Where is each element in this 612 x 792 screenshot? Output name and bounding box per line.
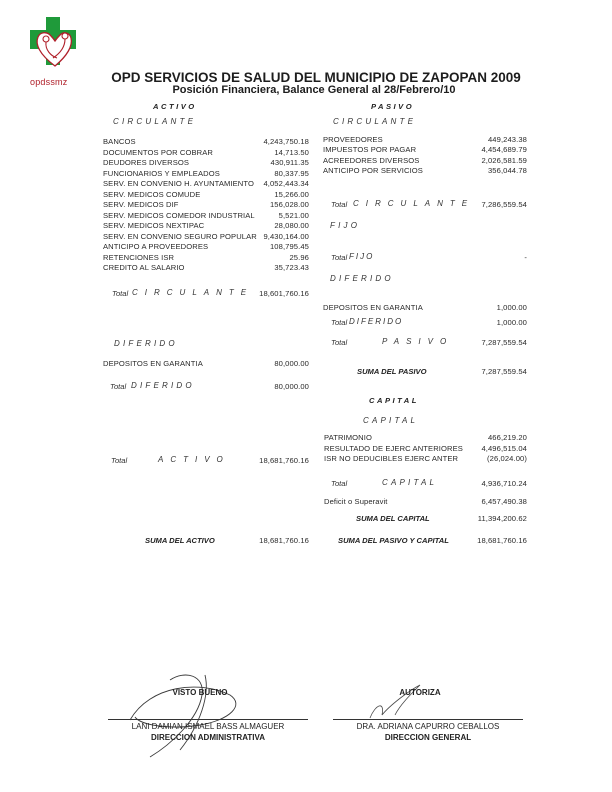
activo-diferido-heading: DIFERIDO (114, 339, 178, 348)
activo-circulante-row-value: 15,266.00 (274, 190, 309, 199)
pasivo-circulante-heading: CIRCULANTE (333, 117, 416, 126)
activo-heading: ACTIVO (153, 102, 197, 111)
activo-circulante-row-label: SERV. EN CONVENIO SEGURO POPULAR (103, 232, 257, 241)
activo-circulante-row-value: 35,723.43 (274, 263, 309, 272)
pasivo-circulante-row-value: 449,243.38 (488, 135, 527, 144)
activo-total-prefix: Total (111, 456, 127, 465)
activo-total-circulante-prefix: Total (112, 289, 128, 298)
activo-circulante-row-label: DOCUMENTOS POR COBRAR (103, 148, 213, 157)
pasivo-total-value: 7,287,559.54 (481, 338, 527, 347)
pasivo-total-fijo-label: FIJO (349, 252, 374, 261)
pasivo-total-prefix: Total (331, 338, 347, 347)
pasivo-circulante-row-value: 356,044.78 (488, 166, 527, 175)
signature-heading-left: VISTO BUENO (150, 688, 250, 697)
capital-row-value: 466,219.20 (488, 433, 527, 442)
suma-activo-value: 18,681,760.16 (259, 536, 309, 545)
activo-circulante-row-value: 28,080.00 (274, 221, 309, 230)
capital-row-value: (26,024.00) (487, 454, 527, 463)
signature-line-left (108, 719, 308, 720)
activo-circulante-row-label: RETENCIONES ISR (103, 253, 174, 262)
activo-circulante-heading: CIRCULANTE (113, 117, 196, 126)
capital-row-label: PATRIMONIO (324, 433, 372, 442)
pasivo-diferido-heading: DIFERIDO (330, 274, 394, 283)
activo-circulante-row-label: ANTICIPO A PROVEEDORES (103, 242, 208, 251)
activo-total-value: 18,681,760.16 (259, 456, 309, 465)
activo-circulante-row-label: SERV. MEDICOS COMUDE (103, 190, 200, 199)
capital-total-label: CAPITAL (382, 478, 437, 487)
activo-circulante-row-label: BANCOS (103, 137, 136, 146)
pasivo-total-diferido-label: DIFERIDO (349, 317, 403, 326)
pasivo-total-circulante-prefix: Total (331, 200, 347, 209)
activo-total-diferido-label: DIFERIDO (131, 381, 195, 390)
activo-circulante-row-value: 430,911.35 (271, 158, 309, 167)
activo-circulante-row-label: SERV. EN CONVENIO H. AYUNTAMIENTO (103, 179, 254, 188)
activo-circulante-row-value: 4,052,443.34 (263, 179, 309, 188)
pasivo-total-circulante-value: 7,286,559.54 (481, 200, 527, 209)
pasivo-diferido-item-label: DEPOSITOS EN GARANTIA (323, 303, 423, 312)
activo-circulante-row-value: 108,795.45 (270, 242, 309, 251)
pasivo-total-diferido-prefix: Total (331, 318, 347, 327)
activo-total-label: ACTIVO (158, 455, 230, 464)
suma-pasivo-label: SUMA DEL PASIVO (357, 367, 426, 376)
pasivo-heading: PASIVO (371, 102, 414, 111)
pasivo-circulante-row-label: ACREEDORES DIVERSOS (323, 156, 419, 165)
health-cross-logo-icon (25, 14, 85, 74)
pasivo-diferido-item-value: 1,000.00 (497, 303, 527, 312)
signature-role-left: DIRECCION ADMINISTRATIVA (108, 733, 308, 742)
activo-circulante-row-value: 14,713.50 (274, 148, 309, 157)
activo-diferido-item-value: 80,000.00 (274, 359, 309, 368)
activo-circulante-row-value: 9,430,164.00 (263, 232, 309, 241)
pasivo-total-diferido-value: 1,000.00 (497, 318, 527, 327)
activo-circulante-row-label: SERV. MEDICOS COMEDOR INDUSTRIAL (103, 211, 255, 220)
deficit-label: Deficit o Superavit (324, 497, 388, 506)
capital-row-label: RESULTADO DE EJERC ANTERIORES (324, 444, 463, 453)
signature-line-right (333, 719, 523, 720)
signature-name-right: DRA. ADRIANA CAPURRO CEBALLOS (333, 722, 523, 731)
suma-pasivo-value: 7,287,559.54 (481, 367, 527, 376)
suma-capital-label: SUMA DEL CAPITAL (356, 514, 430, 523)
pasivo-circulante-row-label: PROVEEDORES (323, 135, 383, 144)
activo-total-diferido-prefix: Total (110, 382, 126, 391)
suma-activo-label: SUMA DEL ACTIVO (145, 536, 215, 545)
signature-role-right: DIRECCION GENERAL (333, 733, 523, 742)
activo-circulante-row-label: CREDITO AL SALARIO (103, 263, 185, 272)
suma-capital-value: 11,394,200.62 (478, 514, 527, 523)
pasivo-total-fijo-prefix: Total (331, 253, 347, 262)
activo-total-circulante-label: CIRCULANTE (132, 288, 253, 297)
activo-circulante-row-label: SERV. MEDICOS DIF (103, 200, 179, 209)
document-subtitle: Posición Financiera, Balance General al … (8, 84, 612, 96)
activo-total-circulante-value: 18,601,760.16 (259, 289, 309, 298)
pasivo-total-label: PASIVO (382, 337, 453, 346)
pasivo-total-fijo-value: - (524, 253, 527, 262)
activo-circulante-row-value: 156,028.00 (270, 200, 309, 209)
activo-circulante-row-value: 25.96 (289, 253, 309, 262)
signature-scribble-icon (110, 665, 260, 765)
capital-total-value: 4,936,710.24 (481, 479, 527, 488)
activo-circulante-row-label: FUNCIONARIOS Y EMPLEADOS (103, 169, 220, 178)
deficit-value: 6,457,490.38 (481, 497, 527, 506)
capital-row-label: ISR NO DEDUCIBLES EJERC ANTER (324, 454, 458, 463)
activo-circulante-row-value: 5,521.00 (279, 211, 309, 220)
document-title: OPD SERVICIOS DE SALUD DEL MUNICIPIO DE … (10, 70, 612, 85)
pasivo-fijo-heading: FIJO (330, 221, 360, 230)
capital-row-value: 4,496,515.04 (481, 444, 527, 453)
capital-heading: CAPITAL (369, 396, 419, 405)
activo-circulante-row-value: 80,337.95 (274, 169, 309, 178)
pasivo-circulante-row-value: 2,026,581.59 (481, 156, 527, 165)
capital-total-prefix: Total (331, 479, 347, 488)
activo-circulante-row-value: 4,243,750.18 (263, 137, 309, 146)
signature-heading-right: AUTORIZA (370, 688, 470, 697)
activo-diferido-item-label: DEPOSITOS EN GARANTIA (103, 359, 203, 368)
activo-circulante-row-label: SERV. MEDICOS NEXTIPAC (103, 221, 204, 230)
capital-subheading: CAPITAL (363, 416, 418, 425)
pasivo-circulante-row-value: 4,454,689.79 (481, 145, 527, 154)
pasivo-total-circulante-label: CIRCULANTE (353, 199, 474, 208)
activo-total-diferido-value: 80,000.00 (274, 382, 309, 391)
activo-circulante-row-label: DEUDORES DIVERSOS (103, 158, 189, 167)
pasivo-circulante-row-label: ANTICIPO POR SERVICIOS (323, 166, 423, 175)
pasivo-circulante-row-label: IMPUESTOS POR PAGAR (323, 145, 416, 154)
suma-pasivo-capital-label: SUMA DEL PASIVO Y CAPITAL (338, 536, 449, 545)
signature-name-left: LANI DAMIAN ISMAEL BASS ALMAGUER (108, 722, 308, 731)
suma-pasivo-capital-value: 18,681,760.16 (477, 536, 527, 545)
